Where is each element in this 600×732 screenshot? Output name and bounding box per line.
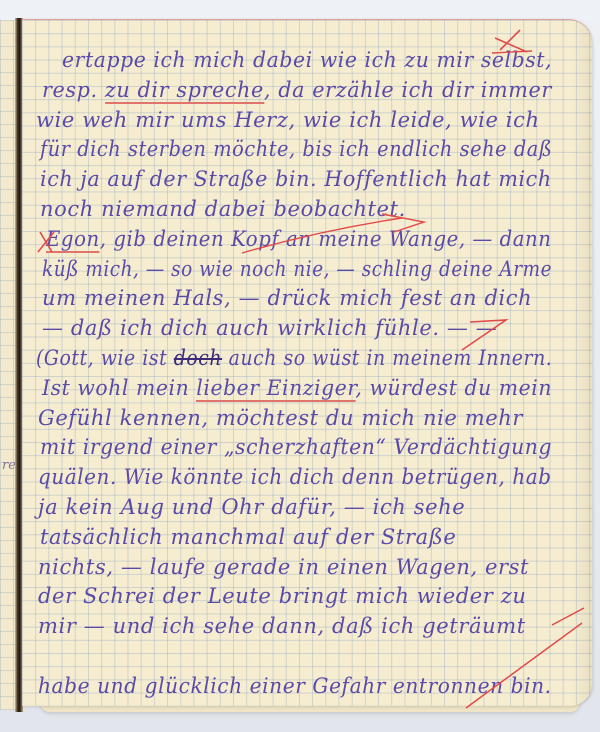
text-line-16: ja kein Aug und Ohr dafür, — ich sehe — [38, 495, 465, 519]
line-text: mit irgend einer „scherzhaften“ Verdächt… — [40, 435, 552, 459]
line-text: küß mich, — so wie noch nie, — schling d… — [42, 257, 552, 281]
line-text: habe und glücklich einer Gefahr entronne… — [38, 674, 552, 698]
line-text: (Gott, wie ist — [36, 346, 174, 370]
text-line-13: Gefühl kennen, möchtest du mich nie mehr — [38, 406, 523, 430]
line-text: ich ja auf der Straße bin. Hoffentlich h… — [40, 167, 552, 191]
text-line-17: tatsächlich manchmal auf der Straße — [40, 525, 456, 549]
line-text: noch niemand dabei beobachtet. — [40, 197, 406, 221]
text-line-9: um meinen Hals, — drück mich fest an dic… — [42, 286, 532, 310]
struck-word: doch — [174, 346, 222, 370]
line-text: , da erzähle ich dir immer — [264, 78, 552, 102]
left-page-text-fragment: re — [2, 458, 16, 473]
line-text: der Schrei der Leute bringt mich wieder … — [38, 584, 527, 608]
text-line-15: quälen. Wie könnte ich dich denn betrüge… — [38, 465, 552, 489]
line-text: quälen. Wie könnte ich dich denn betrüge… — [38, 465, 552, 489]
text-line-21: habe und glücklich einer Gefahr entronne… — [38, 674, 552, 698]
handwritten-text: ertappe ich mich dabei wie ich zu mir se… — [22, 20, 592, 706]
line-text: für dich sterben möchte, bis ich endlich… — [40, 137, 552, 161]
notebook-page: ertappe ich mich dabei wie ich zu mir se… — [22, 19, 592, 706]
line-text: , würdest du mein — [355, 376, 552, 400]
text-line-1: ertappe ich mich dabei wie ich zu mir se… — [62, 48, 552, 72]
line-text: resp. — [42, 78, 105, 102]
text-line-18: nichts, — laufe gerade in einen Wagen, e… — [38, 555, 529, 579]
text-line-3: wie weh mir ums Herz, wie ich leide, wie… — [36, 108, 540, 132]
text-line-2: resp. zu dir spreche, da erzähle ich dir… — [42, 78, 552, 102]
underlined-phrase: lieber Einziger — [196, 376, 355, 402]
text-line-19: der Schrei der Leute bringt mich wieder … — [38, 584, 527, 608]
line-text: wie weh mir ums Herz, wie ich leide, wie… — [36, 108, 540, 132]
line-text: Gefühl kennen, möchtest du mich nie mehr — [38, 406, 523, 430]
underlined-phrase: zu dir spreche — [105, 78, 264, 104]
text-line-6: noch niemand dabei beobachtet. — [40, 197, 406, 221]
text-line-5: ich ja auf der Straße bin. Hoffentlich h… — [40, 167, 552, 191]
text-line-12: Ist wohl mein lieber Einziger, würdest d… — [42, 376, 552, 400]
text-line-8: küß mich, — so wie noch nie, — schling d… — [42, 257, 552, 281]
text-line-7: Egon, gib deinen Kopf an meine Wange, — … — [46, 227, 552, 251]
line-text: tatsächlich manchmal auf der Straße — [40, 525, 456, 549]
text-line-20: mir — und ich sehe dann, daß ich geträum… — [38, 614, 526, 638]
line-text: ertappe ich mich dabei wie ich zu mir se… — [62, 48, 552, 72]
line-text: ja kein Aug und Ohr dafür, — ich sehe — [38, 495, 465, 519]
text-line-10: — daß ich dich auch wirklich fühle. — — — [42, 316, 497, 340]
line-text: auch so wüst in meinem Innern. — [222, 346, 552, 370]
line-text: nichts, — laufe gerade in einen Wagen, e… — [38, 555, 529, 579]
line-text: , gib deinen Kopf an meine Wange, — dann — [100, 227, 552, 251]
text-line-14: mit irgend einer „scherzhaften“ Verdächt… — [40, 435, 552, 459]
line-text: mir — und ich sehe dann, daß ich geträum… — [38, 614, 526, 638]
underlined-name: Egon — [46, 227, 100, 253]
text-line-4: für dich sterben möchte, bis ich endlich… — [40, 137, 552, 161]
text-line-11: (Gott, wie ist doch auch so wüst in mein… — [36, 346, 552, 370]
line-text: Ist wohl mein — [42, 376, 196, 400]
line-text: — daß ich dich auch wirklich fühle. — — — [42, 316, 497, 340]
line-text: um meinen Hals, — drück mich fest an dic… — [42, 286, 532, 310]
